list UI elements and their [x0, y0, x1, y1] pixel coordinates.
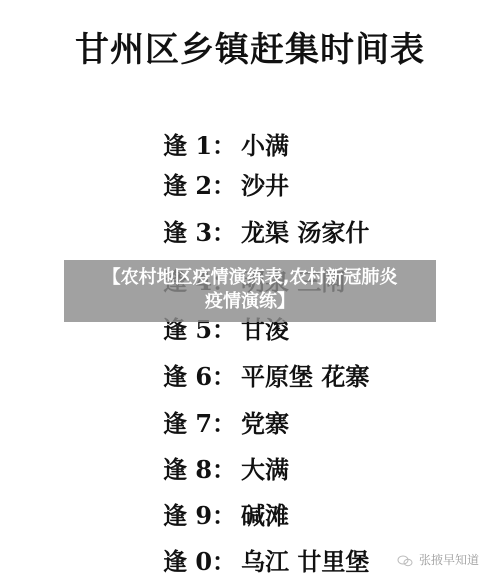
schedule-day-label: 逢 9： [163, 500, 241, 532]
schedule-day-label: 逢 8： [163, 454, 241, 486]
schedule-towns: 平原堡 花寨 [241, 361, 369, 393]
caption-banner: 【农村地区疫情演练表,农村新冠肺炎 疫情演练】 [64, 260, 436, 322]
schedule-row: 逢 7：党寨 [163, 408, 289, 440]
schedule-row: 逢 2：沙井 [163, 170, 289, 202]
schedule-day-label: 逢 1： [163, 130, 241, 162]
schedule-row: 逢 0：乌江 廿里堡 [163, 546, 369, 578]
schedule-row: 逢 8：大满 [163, 454, 289, 486]
schedule-row: 逢 6：平原堡 花寨 [163, 361, 369, 393]
schedule-towns: 大满 [241, 454, 289, 486]
banner-line-2: 疫情演练】 [64, 290, 436, 314]
banner-line-1: 【农村地区疫情演练表,农村新冠肺炎 [64, 266, 436, 290]
schedule-towns: 乌江 廿里堡 [241, 546, 369, 578]
schedule-day-label: 逢 0： [163, 546, 241, 578]
schedule-towns: 龙渠 汤家什 [241, 217, 369, 249]
wechat-icon [397, 555, 413, 567]
schedule-day-label: 逢 6： [163, 361, 241, 393]
page-title: 甘州区乡镇赶集时间表 [0, 22, 500, 71]
schedule-row: 逢 9：碱滩 [163, 500, 289, 532]
schedule-day-label: 逢 7： [163, 408, 241, 440]
schedule-towns: 沙井 [241, 170, 289, 202]
schedule-row: 逢 1：小满 [163, 130, 289, 162]
schedule-day-label: 逢 2： [163, 170, 241, 202]
schedule-row: 逢 3：龙渠 汤家什 [163, 217, 369, 249]
schedule-towns: 碱滩 [241, 500, 289, 532]
watermark: 张掖早知道 [397, 551, 479, 568]
watermark-text: 张掖早知道 [419, 553, 479, 567]
schedule-towns: 党寨 [241, 408, 289, 440]
schedule-day-label: 逢 3： [163, 217, 241, 249]
schedule-towns: 小满 [241, 130, 289, 162]
